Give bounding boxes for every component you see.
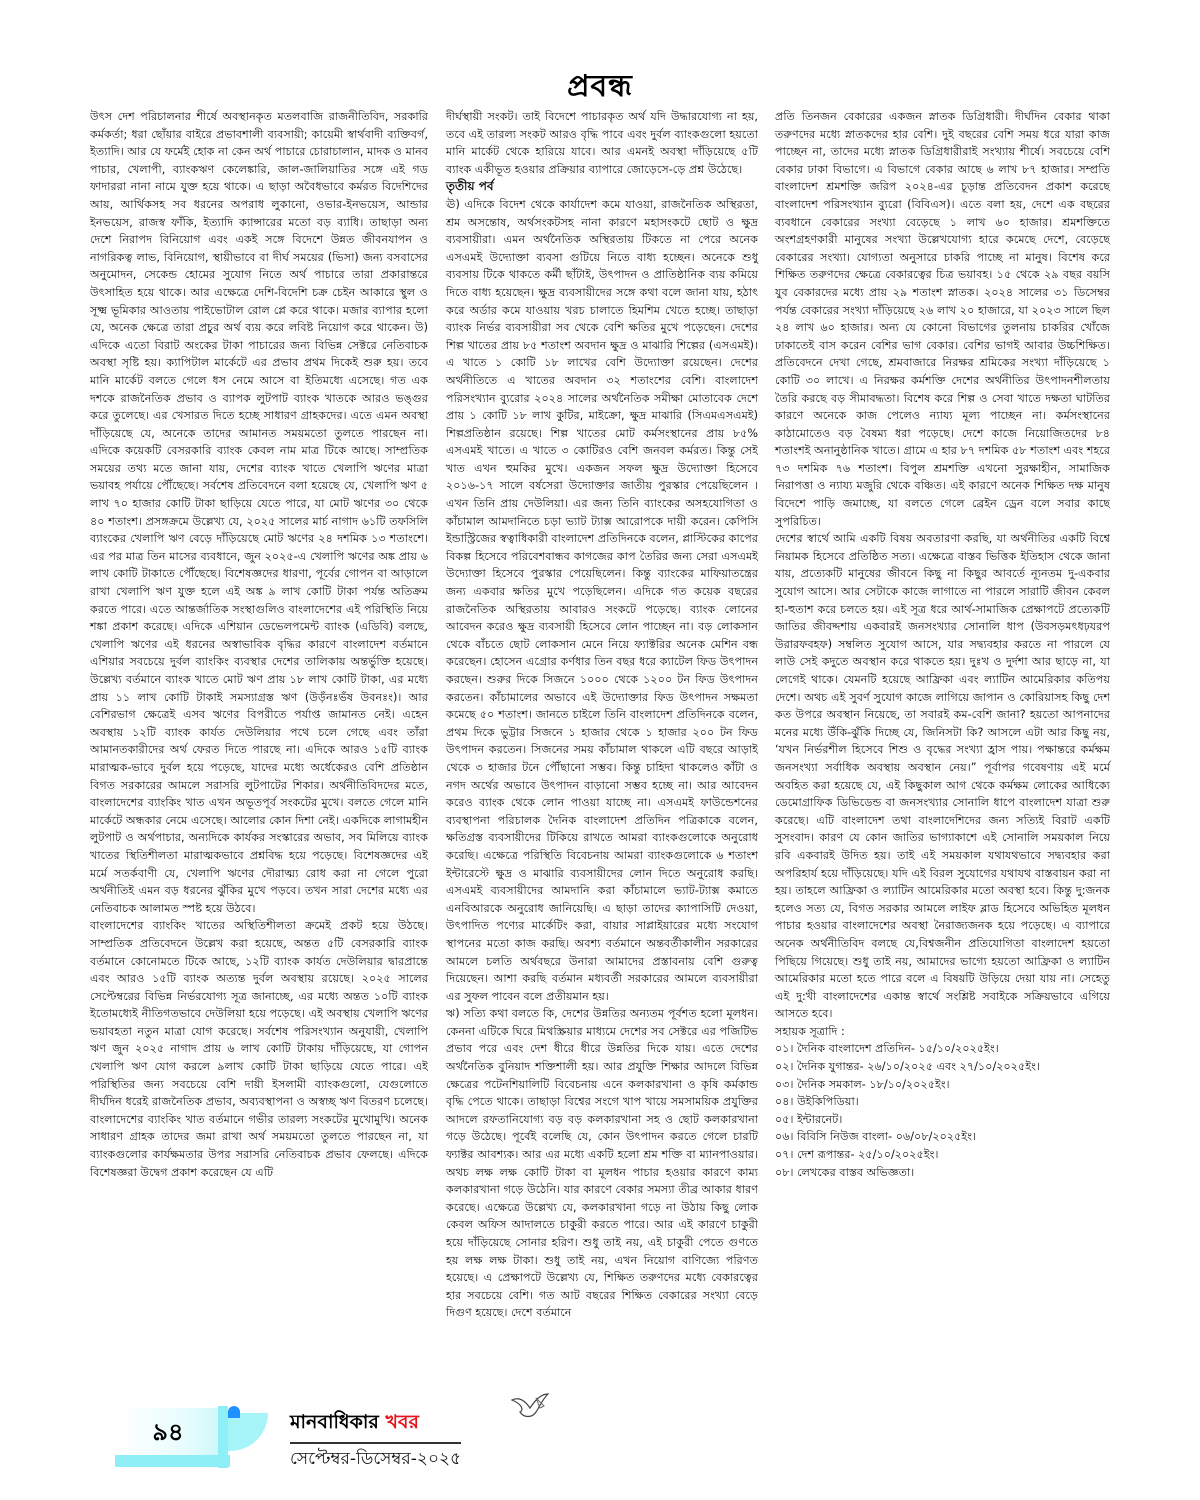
page-number: ৯৪ [118, 1414, 218, 1454]
publication-name-main: মানবাধিকার [290, 1411, 385, 1433]
references-title: সহায়ক সূত্রাদি : [775, 1023, 1110, 1041]
reference-item: ০৭। দেশ রূপান্তর- ২৫/১০/২০২৫ইং। [775, 1146, 1110, 1164]
reference-item: ০৪। উইকিপিডিয়া। [775, 1093, 1110, 1111]
article-paragraph: প্রতি তিনজন বেকারের একজন স্নাতক ডিগ্রিধা… [775, 108, 1110, 530]
article-paragraph: দেশের স্বার্থে আমি একটি বিষয় অবতারণা কর… [775, 530, 1110, 1023]
article-paragraph: বাংলাদেশের ব্যাংকিং খাতের অস্থিতিশীলতা ক… [90, 917, 428, 1181]
article-paragraph: ঋ) সত্যি কথা বলতে কি, দেশের উন্নতির অন্য… [446, 1005, 758, 1322]
article-column-right: প্রতি তিনজন বেকারের একজন স্নাতক ডিগ্রিধা… [775, 108, 1110, 1181]
references-list: ০১। দৈনিক বাংলাদেশ প্রতিদিন- ১৫/১০/২০২৫ই… [775, 1040, 1110, 1181]
dove-logo-icon [510, 1392, 550, 1422]
reference-item: ০২। দৈনিক যুগান্তর- ২৬/১০/২০২৫ এবং ২৭/১০… [775, 1058, 1110, 1076]
article-paragraph: ঊ) এদিকে বিদেশ থেকে কার্যাদেশ কমে যাওয়া… [446, 196, 758, 1005]
reference-item: ০৫। ইন্টারনেট। [775, 1111, 1110, 1129]
article-paragraph: দীর্ঘস্থায়ী সংকট। তাই বিদেশে পাচারকৃত অ… [446, 108, 758, 178]
decorative-bar [218, 1406, 228, 1468]
article-column-left: উৎস দেশ পরিচালনার শীর্ষে অবস্থানকৃত মতলব… [90, 108, 428, 1181]
part-subheading: তৃতীয় পর্ব [446, 178, 758, 196]
page-footer: ৯৪ মানবাধিকার খবর সেপ্টেম্বর-ডিসেম্বর-২০… [0, 1400, 1200, 1500]
reference-item: ০৬। বিবিসি নিউজ বাংলা- ০৬/০৮/২০২৫ইং। [775, 1128, 1110, 1146]
section-title: প্রবন্ধ [0, 62, 1200, 113]
reference-item: ০৮। লেখকের বাস্তব অভিজ্ঞতা। [775, 1164, 1110, 1182]
publication-brand: মানবাধিকার খবর সেপ্টেম্বর-ডিসেম্বর-২০২৫ [290, 1408, 461, 1474]
decorative-tab [228, 1413, 268, 1451]
decorative-bar [115, 1455, 230, 1467]
reference-item: ০৩। দৈনিক সমকাল- ১৮/১০/২০২৫ইং। [775, 1076, 1110, 1094]
reference-item: ০১। দৈনিক বাংলাদেশ প্রতিদিন- ১৫/১০/২০২৫ই… [775, 1040, 1110, 1058]
publication-name-accent: খবর [385, 1411, 419, 1433]
article-paragraph: উৎস দেশ পরিচালনার শীর্ষে অবস্থানকৃত মতলব… [90, 108, 428, 917]
issue-date: সেপ্টেম্বর-ডিসেম্বর-২০২৫ [290, 1446, 461, 1474]
decorative-dot [228, 1406, 240, 1418]
publication-name: মানবাধিকার খবর [290, 1408, 461, 1444]
article-column-middle: দীর্ঘস্থায়ী সংকট। তাই বিদেশে পাচারকৃত অ… [446, 108, 758, 1322]
